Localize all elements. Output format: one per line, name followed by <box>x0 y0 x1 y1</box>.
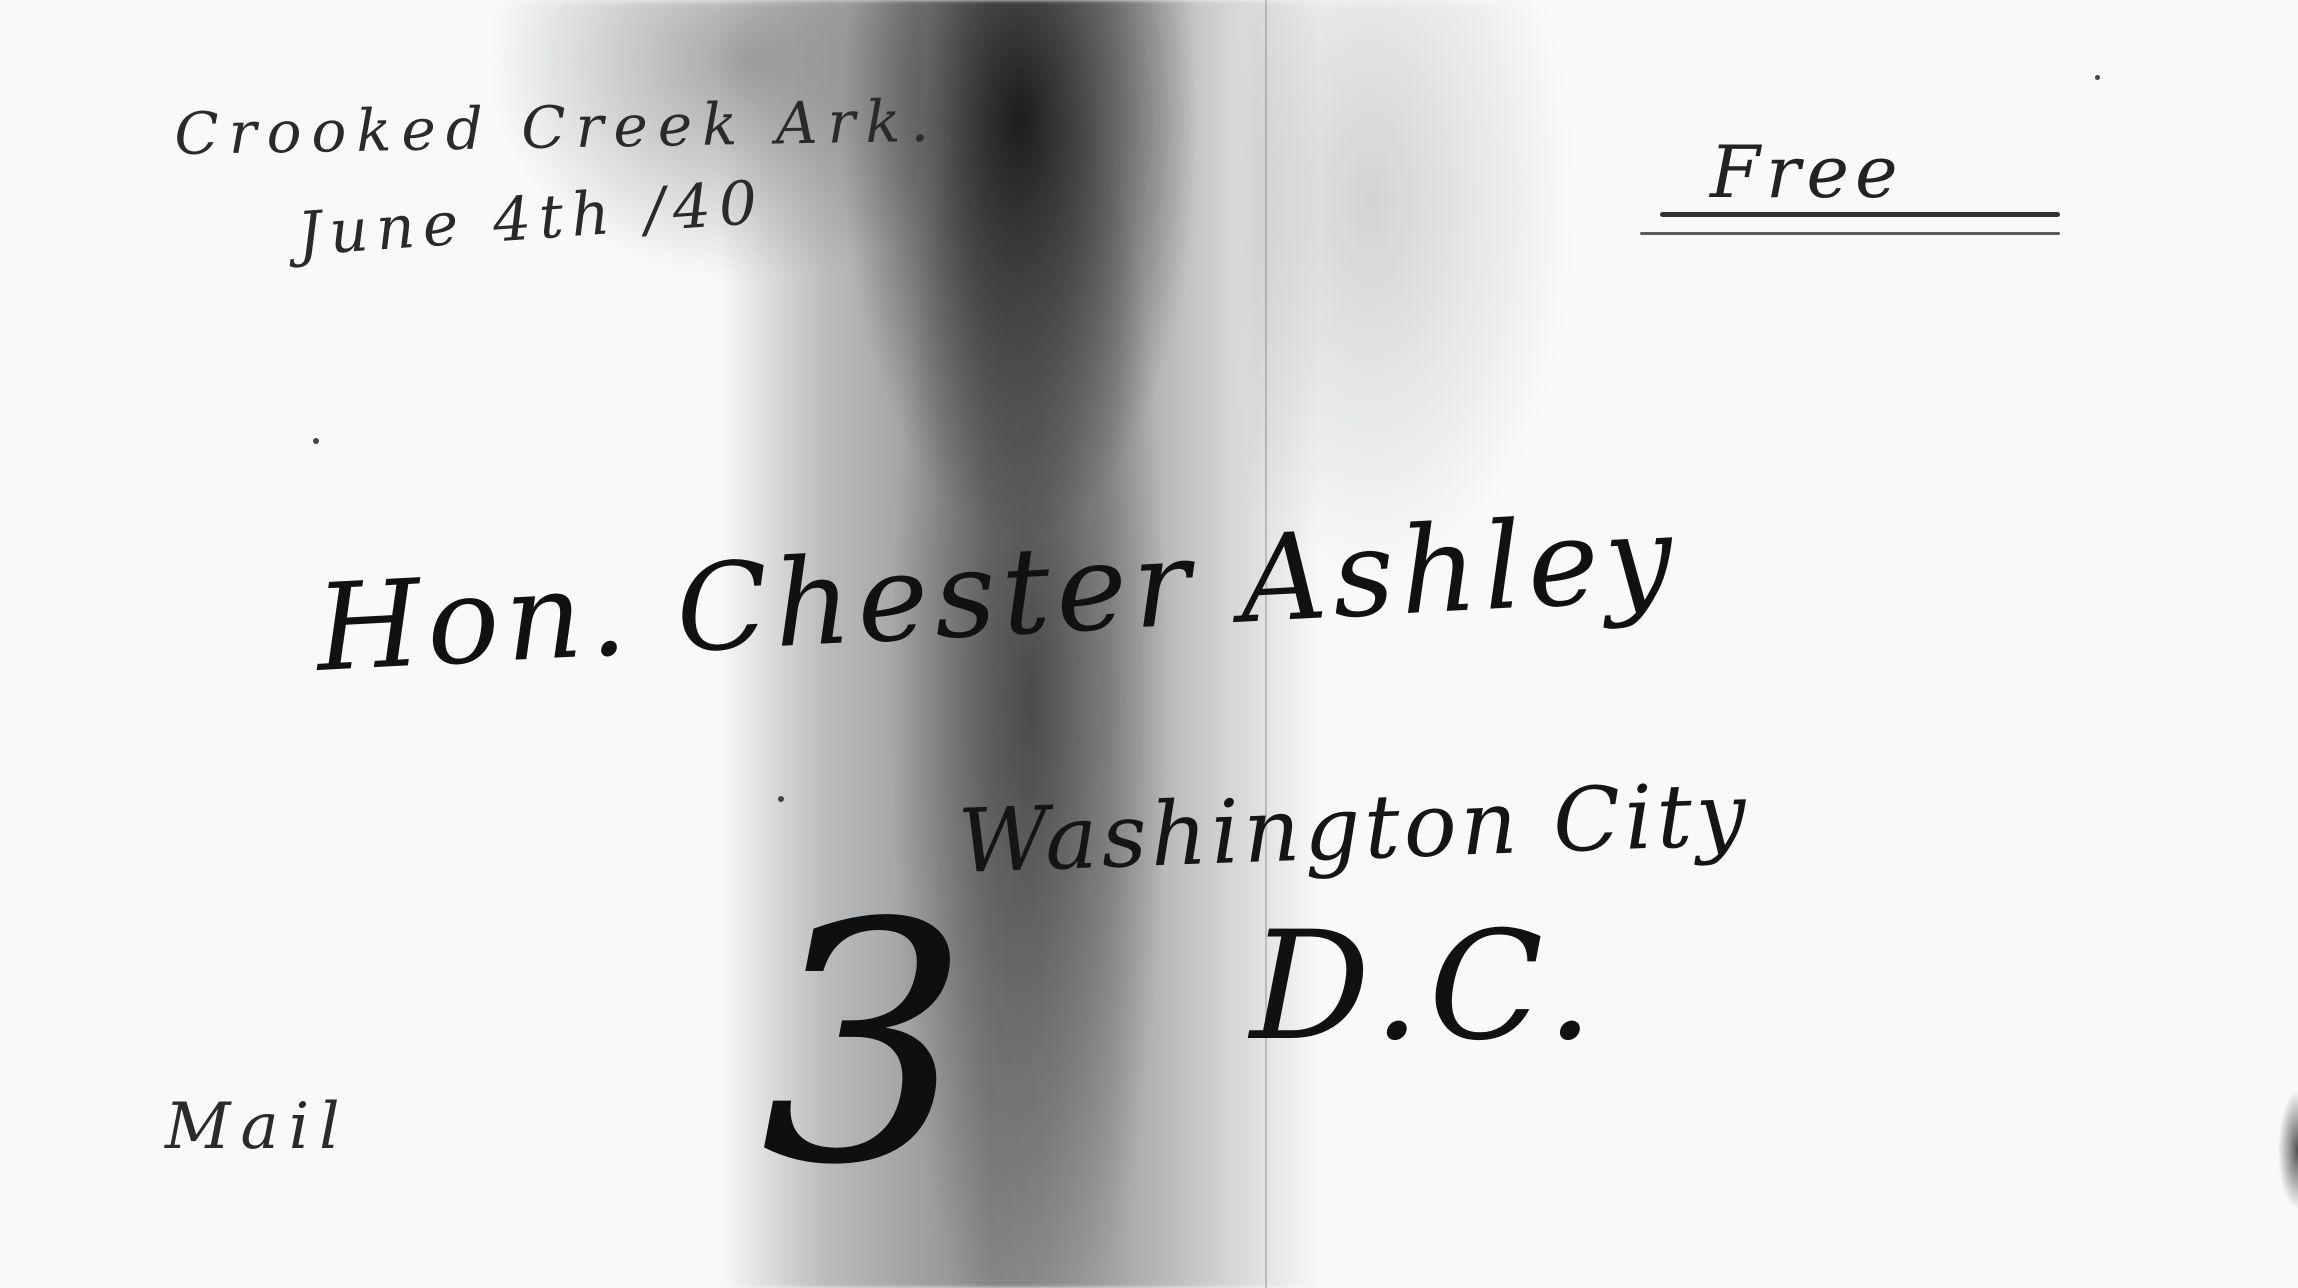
service-mail: Mail <box>165 1090 350 1164</box>
ink-speck <box>2095 75 2100 80</box>
franking-free: Free <box>1710 130 1904 214</box>
ink-speck <box>778 796 784 802</box>
water-stain-faint <box>1250 0 1700 800</box>
franking-underline-second <box>1640 232 2060 235</box>
edge-smudge <box>2258 1080 2298 1220</box>
ink-speck <box>313 438 319 444</box>
destination-district: D.C. <box>1250 900 1602 1074</box>
franking-underline <box>1660 212 2060 217</box>
origin-postmark-place: Crooked Creek Ark. <box>174 87 940 168</box>
postal-cover: Crooked Creek Ark. June 4th /40 Free Hon… <box>0 0 2298 1288</box>
postage-rate-mark: 3 <box>760 880 972 1210</box>
